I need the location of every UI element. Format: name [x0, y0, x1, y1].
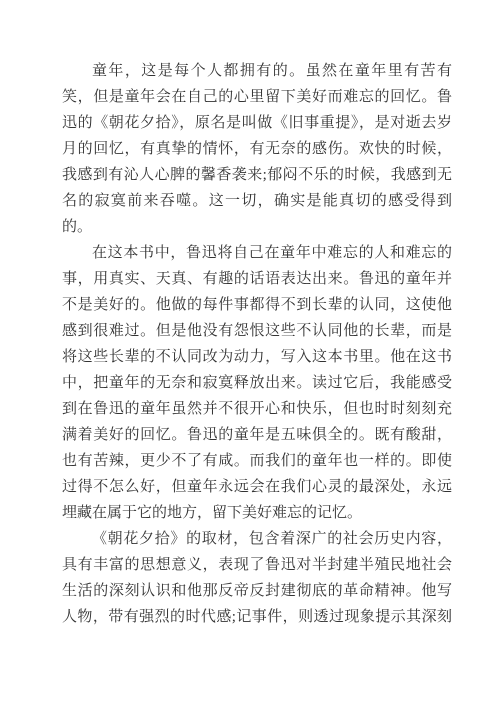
text-line: 《朝花夕拾》的取材，包含着深广的社会历史内容， [62, 526, 452, 552]
text-line: 童年，这是每个人都拥有的。虽然在童年里有苦有 [62, 58, 452, 84]
text-line: 中，把童年的无奈和寂寞释放出来。读过它后，我能感受 [62, 370, 452, 396]
paragraph: 《朝花夕拾》的取材，包含着深广的社会历史内容， 具有丰富的思想意义，表现了鲁迅对… [62, 526, 452, 630]
text-line: 在这本书中，鲁迅将自己在童年中难忘的人和难忘的 [62, 240, 452, 266]
text-line: 迅的《朝花夕拾》，原名是叫做《旧事重提》，是对逝去岁 [62, 110, 452, 136]
document-page: 童年，这是每个人都拥有的。虽然在童年里有苦有 笑，但是童年会在自己的心里留下美好… [0, 0, 500, 707]
text-line: 我感到有沁人心脾的馨香袭来;郁闷不乐的时候，我感到无 [62, 162, 452, 188]
text-line: 也有苦辣，更少不了有咸。而我们的童年也一样的。即使 [62, 448, 452, 474]
text-line: 将这些长辈的不认同改为动力，写入这本书里。他在这书 [62, 344, 452, 370]
text-line: 事，用真实、天真、有趣的话语表达出来。鲁迅的童年并 [62, 266, 452, 292]
text-line: 不是美好的。他做的每件事都得不到长辈的认同，这使他 [62, 292, 452, 318]
text-line: 具有丰富的思想意义，表现了鲁迅对半封建半殖民地社会 [62, 552, 452, 578]
text-line: 名的寂寞前来吞噬。这一切，确实是能真切的感受得到 [62, 188, 452, 214]
text-line: 笑，但是童年会在自己的心里留下美好而难忘的回忆。鲁 [62, 84, 452, 110]
paragraph: 童年，这是每个人都拥有的。虽然在童年里有苦有 笑，但是童年会在自己的心里留下美好… [62, 58, 452, 240]
text-line: 过得不怎么好，但童年永远会在我们心灵的最深处，永远 [62, 474, 452, 500]
text-line: 的。 [62, 214, 452, 240]
text-line: 人物，带有强烈的时代感;记事件，则透过现象提示其深刻 [62, 604, 452, 630]
paragraph: 在这本书中，鲁迅将自己在童年中难忘的人和难忘的 事，用真实、天真、有趣的话语表达… [62, 240, 452, 526]
text-line: 生活的深刻认识和他那反帝反封建彻底的革命精神。他写 [62, 578, 452, 604]
text-line: 到在鲁迅的童年虽然并不很开心和快乐，但也时时刻刻充 [62, 396, 452, 422]
text-line: 埋藏在属于它的地方，留下美好难忘的记忆。 [62, 500, 452, 526]
text-line: 满着美好的回忆。鲁迅的童年是五味俱全的。既有酸甜， [62, 422, 452, 448]
text-line: 月的回忆，有真挚的情怀，有无奈的感伤。欢快的时候， [62, 136, 452, 162]
text-line: 感到很难过。但是他没有怨恨这些不认同他的长辈，而是 [62, 318, 452, 344]
text-block: 童年，这是每个人都拥有的。虽然在童年里有苦有 笑，但是童年会在自己的心里留下美好… [62, 58, 452, 630]
